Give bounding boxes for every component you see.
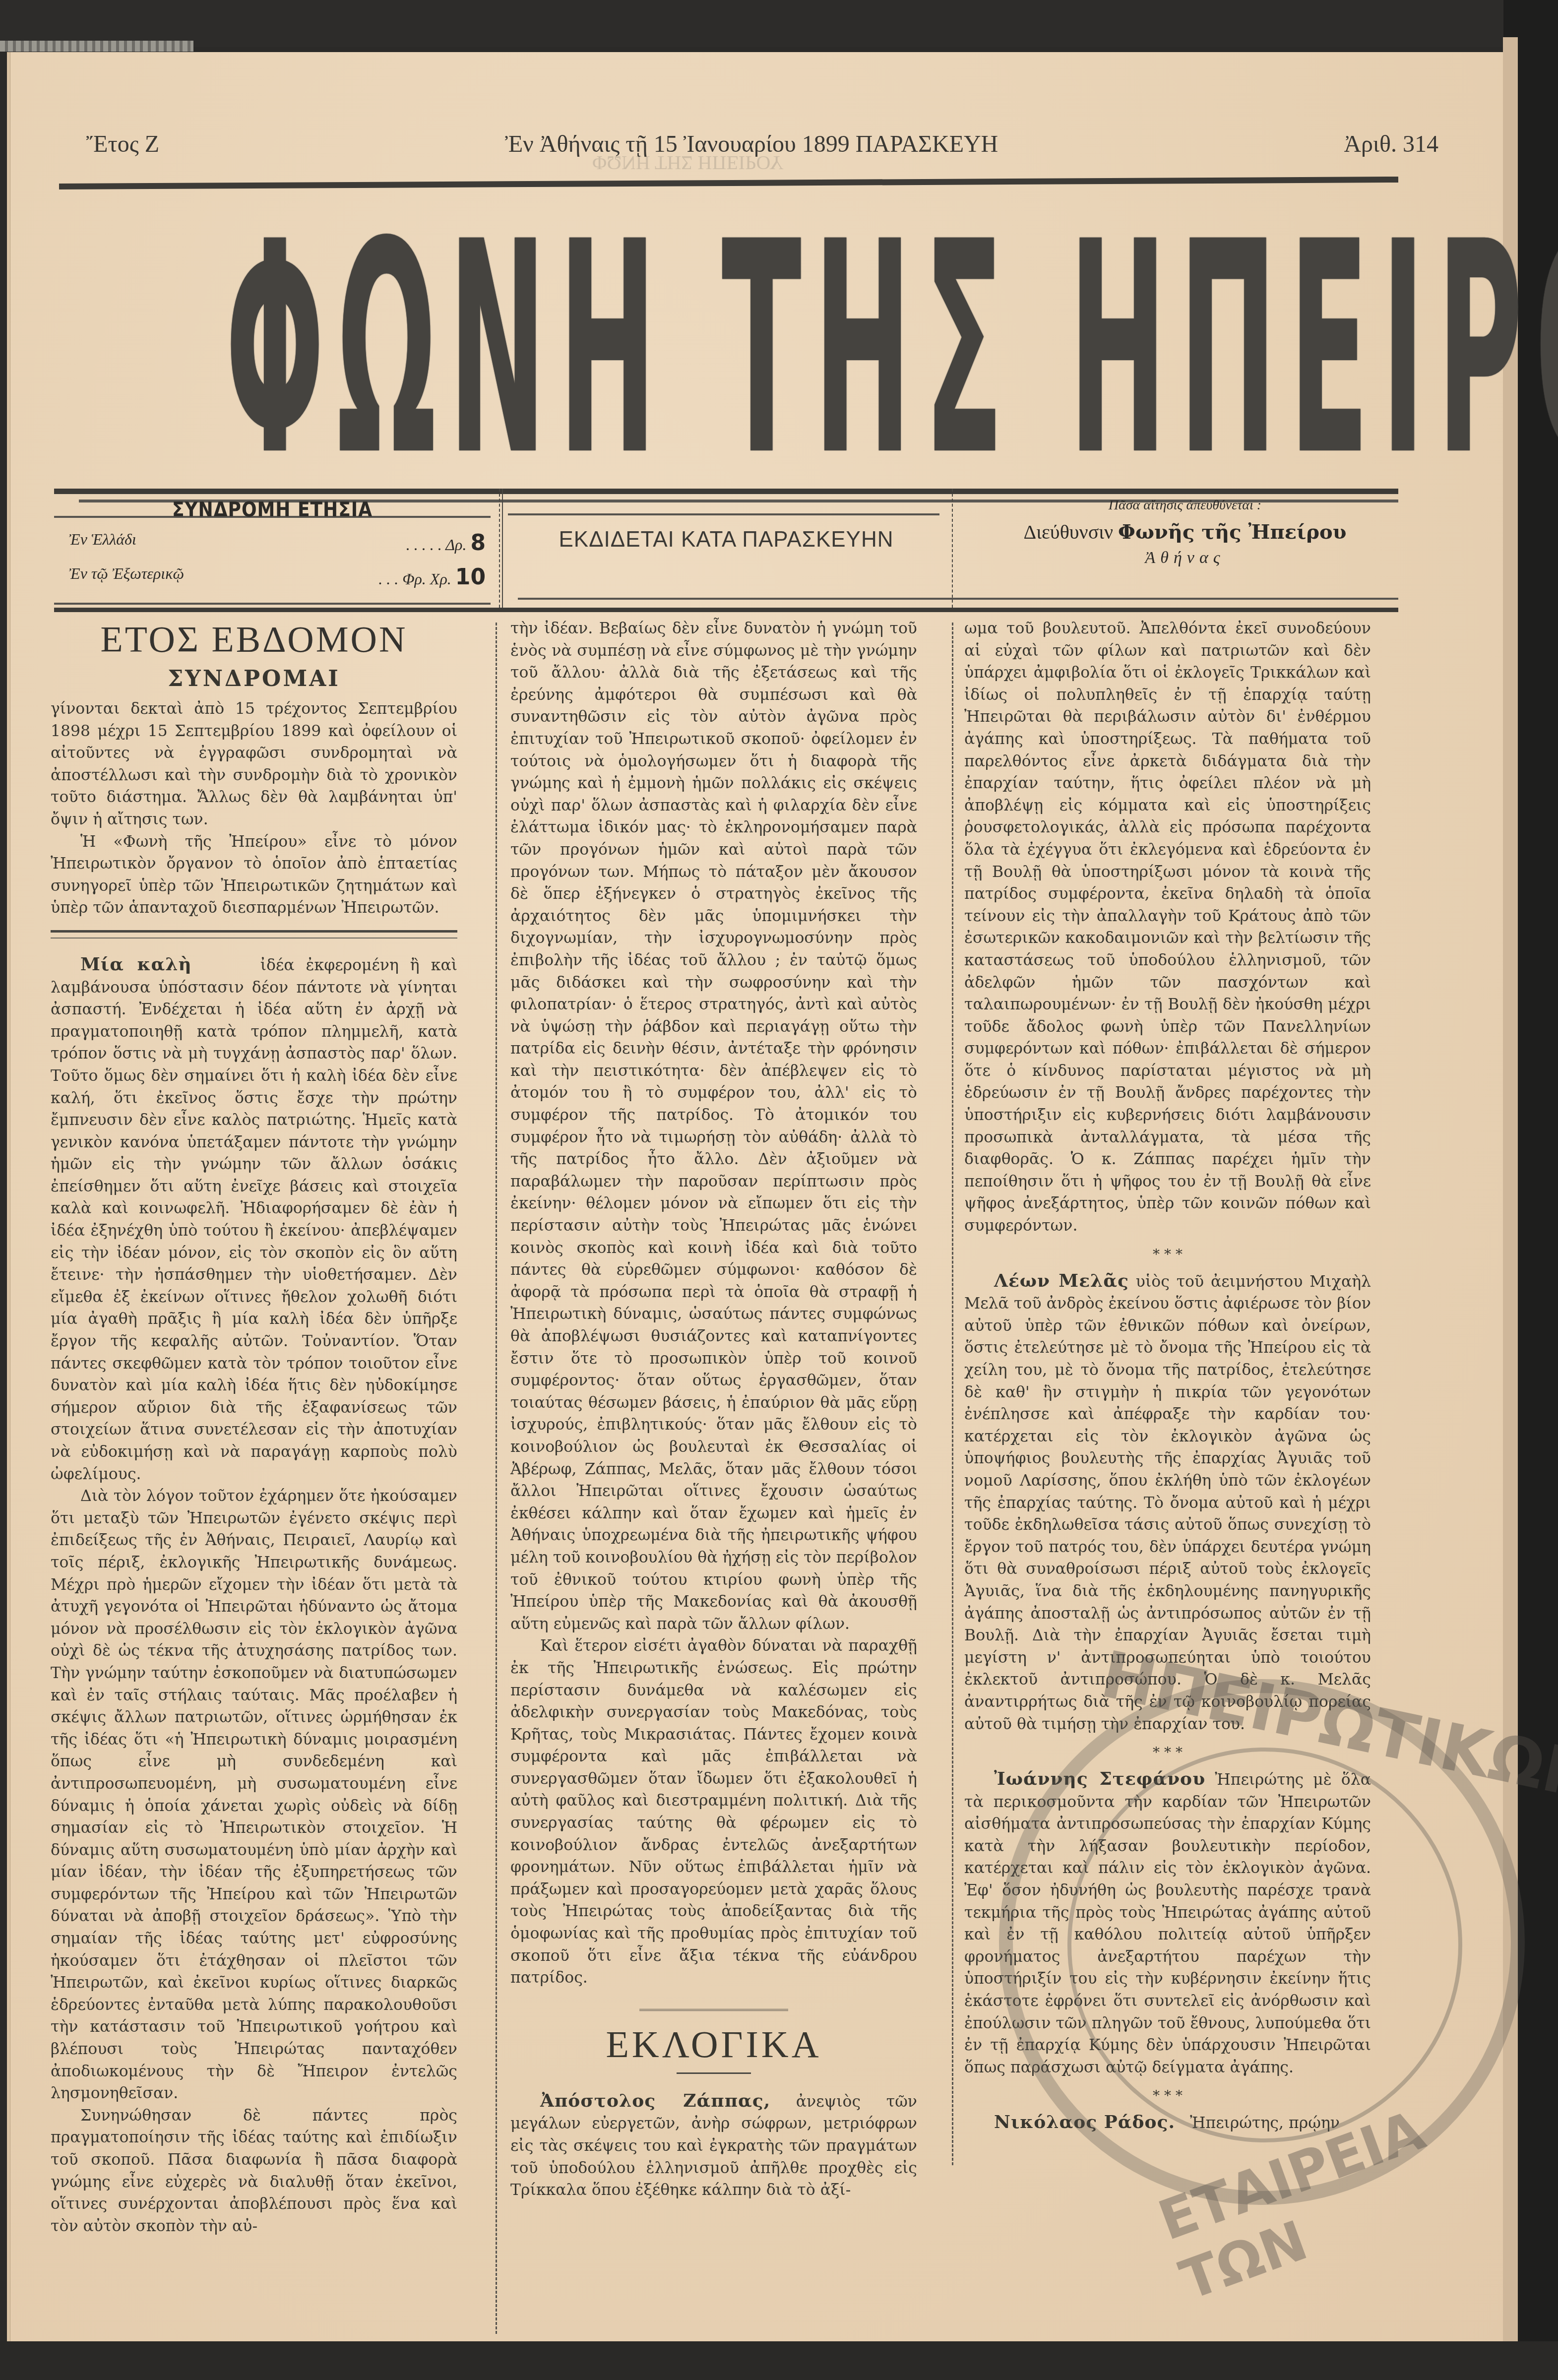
subscription-notice: γίνονται δεκταὶ ἀπὸ 15 τρέχοντος Σεπτεμβ… (51, 698, 457, 831)
zappas-name: Ἀπόστολος Ζάππας, (540, 2090, 770, 2111)
price-row-foreign: Ἐν τῷ Ἐξωτερικῷ . . . Φρ. Χρ. 10 (69, 564, 486, 590)
price-row-domestic: Ἐν Ἑλλάδι . . . . . Δρ. 8 (69, 530, 486, 556)
article-lead: Μία καλὴ (80, 954, 192, 975)
info-bottom-rule-left (54, 603, 491, 605)
zappas-item: Ἀπόστολος Ζάππας, ἀνεψιὸς τῶν μεγάλων εὐ… (510, 2090, 917, 2201)
column-divider-2 (952, 623, 953, 2165)
melas-name: Λέων Μελᾶς (994, 1270, 1129, 1291)
price-value: 8 (470, 530, 486, 556)
year-heading: ΕΤΟΣ ΕΒΔΟΜΟΝ (51, 618, 457, 662)
info-bottom-rule-mid (518, 598, 1398, 600)
lead-article-p2: Διὰ τὸν λόγον τοῦτον ἐχάρημεν ὅτε ἠκούσα… (51, 1485, 457, 2105)
issue-number: Ἀριθ. 314 (1344, 130, 1438, 158)
elections-heading: ΕΚΛΟΓΙΚΑ (510, 2020, 917, 2069)
lead-article-cont-p2: Καὶ ἕτερον εἰσέτι ἀγαθὸν δύναται νὰ παρα… (510, 1635, 917, 1989)
column-2: τὴν ἰδέαν. Βεβαίως δὲν εἶνε δυνατὸν ἡ γν… (510, 618, 917, 2201)
book-binding-top (0, 0, 1558, 47)
subscriptions-heading: ΣΥΝΔΡΟΜΑΙ (51, 664, 457, 694)
zappas-item-cont: ωμα τοῦ βουλευτοῦ. Ἀπελθόντα ἐκεῖ συνοδε… (964, 618, 1371, 1237)
column-divider-1 (496, 623, 497, 2334)
paper-statement: Ἡ «Φωνὴ τῆς Ἠπείρου» εἶνε τὸ μόνον Ἠπειρ… (51, 831, 457, 919)
subscription-heading: ΣΥΝΔΡΟΜΗ ΕΤΗΣΙΑ (54, 499, 491, 521)
address-name: Διεύθυνσιν Φωνῆς τῆς Ἠπείρου (962, 513, 1408, 544)
heading-underline (677, 2072, 751, 2074)
address-city: Ἀθήνας (962, 544, 1408, 567)
price-unit: . . . Φρ. Χρ. (378, 570, 451, 588)
article-separator (51, 930, 457, 939)
info-divider-1 (499, 489, 503, 608)
info-divider-2 (952, 489, 955, 608)
stefanou-item: Ἰωάννης Στεφάνου Ἠπειρώτης μὲ ὅλα τὰ περ… (964, 1768, 1371, 2078)
rados-name: Νικόλαος Ράδος. (994, 2112, 1175, 2132)
asterism-separator: * * * (964, 2089, 1371, 2102)
price-label: Ἐν Ἑλλάδι (69, 530, 136, 556)
binding-cloth-strip (0, 41, 193, 52)
address-intro: Πᾶσα αἴτησις ἀπευθύνεται : (962, 489, 1408, 513)
subscription-box: ΣΥΝΔΡΟΜΗ ΕΤΗΣΙΑ Ἐν Ἑλλάδι . . . . . Δρ. … (54, 489, 491, 598)
publication-schedule: ΕΚΔΙΔΕΤΑΙ ΚΑΤΑ ΠΑΡΑΣΚΕΥΗΝ (508, 489, 944, 636)
address-paper-name: Φωνῆς τῆς Ἠπείρου (1118, 520, 1346, 544)
book-binding-bottom (0, 2341, 1558, 2380)
price-label: Ἐν τῷ Ἐξωτερικῷ (69, 564, 184, 590)
column-3: ωμα τοῦ βουλευτοῦ. Ἀπελθόντα ἐκεῖ συνοδε… (964, 618, 1371, 2134)
price-unit: . . . . . Δρ. (406, 536, 467, 554)
column-1: ΕΤΟΣ ΕΒΔΟΜΟΝ ΣΥΝΔΡΟΜΑΙ γίνονται δεκταὶ ἀ… (51, 618, 457, 2237)
info-band: ΣΥΝΔΡΟΜΗ ΕΤΗΣΙΑ Ἐν Ἑλλάδι . . . . . Δρ. … (54, 489, 1408, 608)
lead-article-p1: Μία καλὴ ἰδέα ἐκφερομένη ἢ καὶ λαμβάνουσ… (51, 953, 457, 1485)
page-fold (7, 52, 10, 2341)
melas-item: Λέων Μελᾶς υἱὸς τοῦ ἀειμνήστου Μιχαὴλ Με… (964, 1270, 1371, 1735)
rados-item: Νικόλαος Ράδος. Ἠπειρώτης, πρῴην (964, 2111, 1371, 2134)
newspaper-page: ΦΩΝΗ ΤΗΣ ΗΠΕΙΡΟΥ Ἔτος Ζ Ἐν Ἀθήναις τῇ 15… (7, 52, 1503, 2341)
year-label: Ἔτος Ζ (86, 130, 159, 158)
stefanou-name: Ἰωάννης Στεφάνου (994, 1768, 1205, 1789)
lead-article-p3: Συνηνώθησαν δὲ πάντες πρὸς πραγματοποίησ… (51, 2105, 457, 2238)
price-value: 10 (455, 564, 486, 590)
ornamental-rule (639, 2009, 788, 2011)
lead-article-cont-p1: τὴν ἰδέαν. Βεβαίως δὲν εἶνε δυνατὸν ἡ γν… (510, 618, 917, 1635)
address-box: Πᾶσα αἴτησις ἀπευθύνεται : Διεύθυνσιν Φω… (962, 489, 1408, 598)
info-bottom-rule (54, 608, 1398, 612)
asterism-separator: * * * (964, 1746, 1371, 1759)
asterism-separator: * * * (964, 1248, 1371, 1261)
